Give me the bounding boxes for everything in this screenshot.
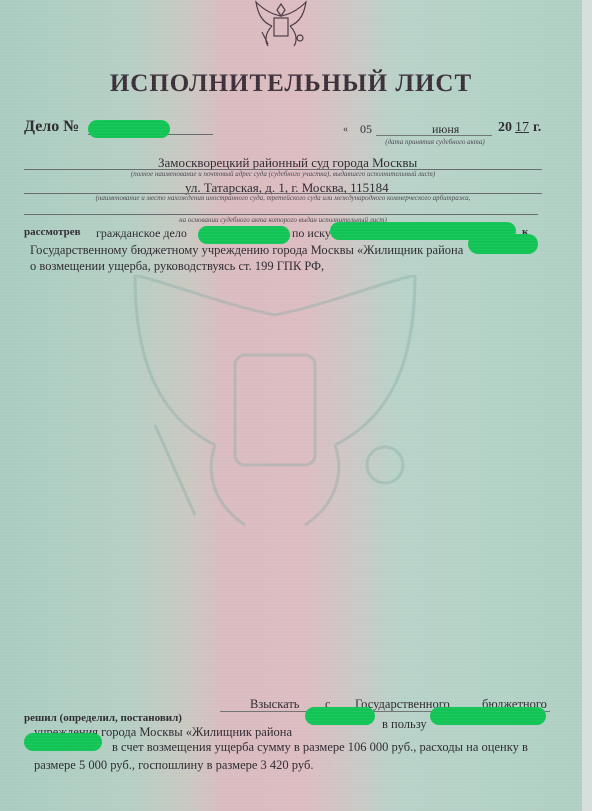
watermark-coat-of-arms-icon xyxy=(115,275,435,535)
decision-fees: размере 5 000 руб., госпошлину в размере… xyxy=(34,758,313,773)
page-edge xyxy=(582,0,592,811)
decision-word-collect: Взыскать xyxy=(250,697,300,712)
redacted-case-number xyxy=(88,120,170,138)
decision-label: решил (определил, постановил) xyxy=(24,712,182,724)
decision-in-favor: в пользу xyxy=(382,717,427,732)
redacted-beneficiary xyxy=(430,707,546,725)
document-title: ИСПОЛНИТЕЛЬНЫЙ ЛИСТ xyxy=(0,70,582,98)
coat-of-arms-icon xyxy=(250,0,312,48)
date-caption: (дата принятия судебного акта) xyxy=(375,138,495,146)
redacted-beneficiary-2 xyxy=(24,733,102,751)
redacted-district xyxy=(468,234,538,254)
considered-defendant: Государственному бюджетному учреждению г… xyxy=(30,243,463,258)
court-name-caption: (полное наименование и почтовый адрес су… xyxy=(24,170,542,178)
basis-line xyxy=(24,214,538,215)
considered-claim-text: по иску xyxy=(292,226,331,241)
court-address-caption: (наименование и место нахождения иностра… xyxy=(24,194,542,202)
considered-label: рассмотрев xyxy=(24,226,81,238)
decision-amount: в счет возмещения ущерба сумму в размере… xyxy=(112,740,528,755)
redacted-district-2 xyxy=(305,707,375,725)
date-open-quote: « xyxy=(343,124,348,135)
date-year-unit: г. xyxy=(533,120,541,136)
document-page: ИСПОЛНИТЕЛЬНЫЙ ЛИСТ Дело № « 05 июня 20 … xyxy=(0,0,582,811)
date-year-prefix: 20 xyxy=(498,120,512,136)
date-day: 05 xyxy=(360,122,372,137)
case-number-label: Дело № xyxy=(24,118,79,136)
considered-subject: о возмещении ущерба, руководствуясь ст. … xyxy=(30,259,324,274)
considered-case-text: гражданское дело xyxy=(96,226,187,241)
date-year-suffix: 17 xyxy=(515,120,529,136)
redacted-case-id xyxy=(198,226,290,244)
date-month: июня xyxy=(432,122,459,137)
